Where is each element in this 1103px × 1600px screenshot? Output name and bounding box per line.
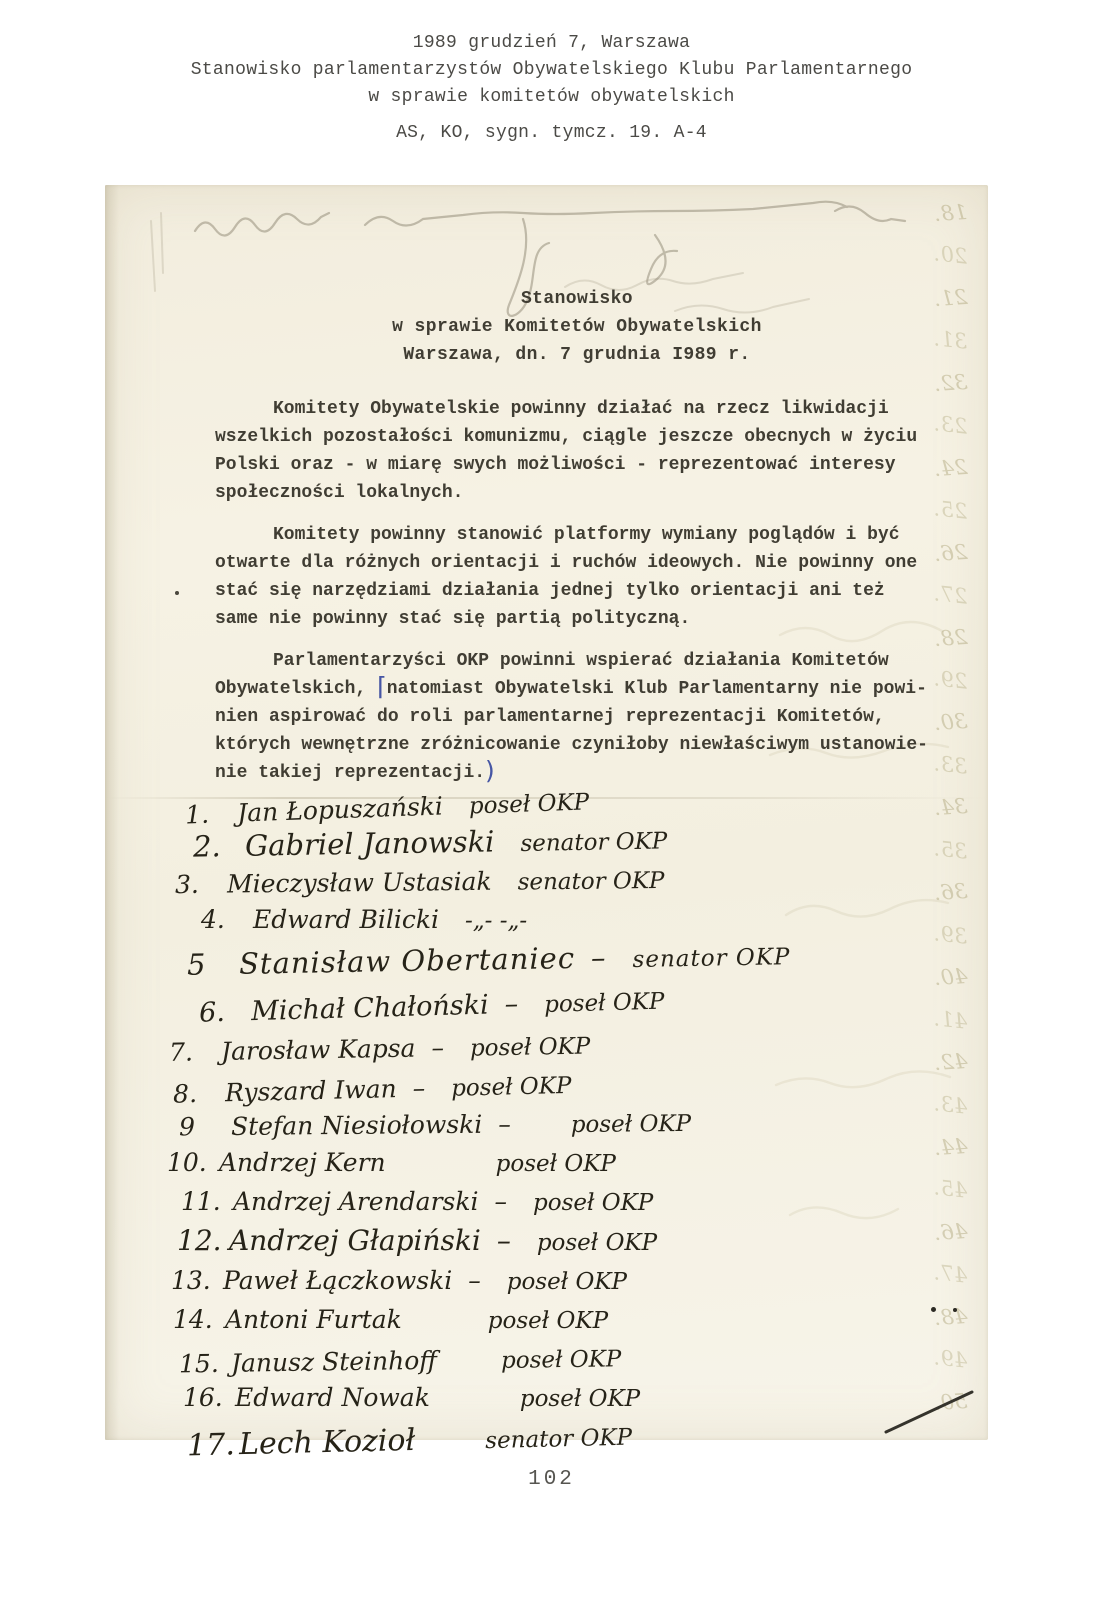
signature-separator: –: [497, 1224, 511, 1257]
signature-name: Stefan Niesiołowski: [231, 1108, 483, 1143]
signature-name: Edward Nowak: [235, 1381, 430, 1414]
signature-number: 14.: [173, 1303, 225, 1336]
typed-text: których wewnętrzne zróżnicowanie czyniło…: [215, 735, 928, 755]
signature-row: 4.Edward Bilicki-„- -„-: [201, 903, 957, 938]
archive-header-reference: AS, KO, sygn. tymcz. 19. A-4: [0, 120, 1103, 147]
signature-role: -„- -„-: [465, 905, 527, 938]
blue-annotation-bracket: ): [485, 756, 495, 785]
typed-line: same nie powinny stać się partią polityc…: [215, 605, 955, 633]
typed-text: natomiast Obywatelski Klub Parlamentarny…: [387, 679, 927, 699]
signature-role: poseł OKP: [451, 1070, 572, 1106]
bleedthrough-number: 18.: [934, 200, 969, 226]
signature-name: Andrzej Głapiński: [229, 1224, 481, 1257]
typed-line: Obywatelskich, ⌈natomiast Obywatelski Kl…: [215, 675, 955, 703]
signature-name: Janusz Steinhoff: [231, 1344, 437, 1380]
archive-header: 1989 grudzień 7, Warszawa Stanowisko par…: [0, 30, 1103, 147]
signature-name: Antoni Furtak: [225, 1303, 402, 1336]
signature-separator: –: [591, 941, 607, 974]
document-title-line: w sprawie Komitetów Obywatelskich: [215, 313, 939, 341]
signature-separator: –: [504, 988, 518, 1021]
signature-name: Paweł Łączkowski: [223, 1264, 452, 1297]
signature-row: 17.Lech Koziołsenator OKP: [187, 1411, 958, 1466]
signature-name: Michał Chałoński: [251, 989, 489, 1029]
typed-text: Komitety powinny stanowić platformy wymi…: [273, 525, 900, 545]
archive-header-date: 1989 grudzień 7, Warszawa: [0, 30, 1103, 57]
signature-number: 17.: [187, 1428, 240, 1462]
signature-number: 15.: [179, 1347, 231, 1381]
signature-role: senator OKP: [632, 941, 790, 977]
typed-line: Polski oraz - w miarę swych możliwości -…: [215, 451, 955, 479]
typed-line: społeczności lokalnych.: [215, 479, 955, 507]
signature-name: Edward Bilicki: [253, 903, 439, 936]
signature-separator: –: [498, 1108, 511, 1141]
signature-role: senator OKP: [485, 1422, 633, 1459]
document-body: Komitety Obywatelskie powinny działać na…: [215, 395, 955, 801]
margin-dot: [175, 591, 179, 595]
signature-number: 5: [187, 948, 240, 982]
page-number: 102: [0, 1468, 1103, 1491]
signature-role: senator OKP: [520, 825, 667, 861]
signature-row: 3.Mieczysław Ustasiaksenator OKP: [175, 860, 957, 903]
typed-text: otwarte dla różnych orientacji i ruchów …: [215, 553, 917, 573]
archive-header-subtitle: w sprawie komitetów obywatelskich: [0, 84, 1103, 111]
signature-number: 16.: [183, 1381, 235, 1414]
document-title: Stanowisko w sprawie Komitetów Obywatels…: [215, 285, 939, 369]
page: 1989 grudzień 7, Warszawa Stanowisko par…: [0, 0, 1103, 1600]
signature-role: poseł OKP: [533, 1187, 653, 1220]
bleedthrough-number: 20.: [933, 242, 969, 269]
signature-number: 10.: [167, 1146, 219, 1179]
typed-text: Polski oraz - w miarę swych możliwości -…: [215, 455, 896, 475]
signature-role: poseł OKP: [537, 1227, 657, 1260]
signature-row: 5Stanisław Obertaniec–senator OKP: [187, 935, 958, 984]
signature-name: Jan Łopuszański: [237, 789, 444, 829]
signature-separator: –: [431, 1031, 444, 1064]
typed-text: społeczności lokalnych.: [215, 483, 463, 503]
signature-number: 13.: [171, 1264, 223, 1297]
typed-text: Obywatelskich,: [215, 679, 377, 699]
signature-name: Jarosław Kapsa: [221, 1032, 416, 1068]
signature-role: poseł OKP: [496, 1148, 616, 1181]
signature-row: 15.Janusz Steinhoffposeł OKP: [179, 1337, 957, 1383]
ink-dot: [931, 1307, 936, 1312]
signature-role: poseł OKP: [488, 1305, 608, 1338]
signature-row: 10.Andrzej Kernposeł OKP: [167, 1146, 957, 1181]
signature-role: senator OKP: [517, 865, 664, 900]
signature-role: poseł OKP: [468, 786, 589, 823]
typed-line: Komitety powinny stanowić platformy wymi…: [215, 521, 955, 549]
typed-text: nien aspirować do roli parlamentarnej re…: [215, 707, 885, 727]
typed-line: wszelkich pozostałości komunizmu, ciągle…: [215, 423, 955, 451]
signature-list: 1.Jan Łopuszańskiposeł OKP2.Gabriel Jano…: [157, 785, 957, 1460]
typed-line: stać się narzędziami działania jednej ty…: [215, 577, 955, 605]
typed-line: nien aspirować do roli parlamentarnej re…: [215, 703, 955, 731]
signature-row: 11.Andrzej Arendarski–poseł OKP: [181, 1185, 957, 1220]
signature-number: 2.: [193, 830, 246, 864]
signature-row: 16.Edward Nowakposeł OKP: [183, 1381, 957, 1416]
blue-annotation-bracket: ⌈: [377, 672, 387, 701]
signature-role: poseł OKP: [507, 1266, 627, 1299]
document-title-line: Warszawa, dn. 7 grudnia I989 r.: [215, 341, 939, 369]
signature-row: 14.Antoni Furtakposeł OKP: [173, 1303, 957, 1338]
signature-row: 9Stefan Niesiołowski–poseł OKP: [179, 1104, 957, 1146]
signature-number: 12.: [177, 1224, 229, 1257]
signature-role: poseł OKP: [520, 1383, 640, 1416]
signature-number: 6.: [199, 995, 252, 1029]
signature-role: poseł OKP: [571, 1108, 692, 1142]
signature-number: 3.: [175, 868, 227, 902]
typed-text: nie takiej reprezentacji.: [215, 763, 485, 783]
typed-text: wszelkich pozostałości komunizmu, ciągle…: [215, 427, 917, 447]
signature-name: Mieczysław Ustasiak: [227, 865, 492, 901]
typed-text: stać się narzędziami działania jednej ty…: [215, 581, 885, 601]
typed-line: Parlamentarzyści OKP powinni wspierać dz…: [215, 647, 955, 675]
paragraph: Parlamentarzyści OKP powinni wspierać dz…: [215, 647, 955, 787]
paragraph: Komitety Obywatelskie powinny działać na…: [215, 395, 955, 507]
signature-name: Andrzej Arendarski: [233, 1185, 479, 1218]
archive-header-title: Stanowisko parlamentarzystów Obywatelski…: [0, 57, 1103, 84]
signature-name: Andrzej Kern: [219, 1146, 386, 1179]
signature-separator: –: [468, 1264, 481, 1297]
paragraph: Komitety powinny stanowić platformy wymi…: [215, 521, 955, 633]
signature-role: poseł OKP: [544, 986, 665, 1022]
typed-text: Parlamentarzyści OKP powinni wspierać dz…: [273, 651, 889, 671]
typed-text: Komitety Obywatelskie powinny działać na…: [273, 399, 889, 419]
document-title-line: Stanowisko: [215, 285, 939, 313]
signature-number: 4.: [201, 903, 253, 936]
signature-name: Stanisław Obertaniec: [239, 942, 576, 981]
signature-row: 12.Andrzej Głapiński–poseł OKP: [177, 1224, 957, 1260]
typed-line: których wewnętrzne zróżnicowanie czyniło…: [215, 731, 955, 759]
typed-line: otwarte dla różnych orientacji i ruchów …: [215, 549, 955, 577]
typed-text: same nie powinny stać się partią polityc…: [215, 609, 690, 629]
signature-number: 1.: [185, 797, 238, 832]
ink-dot: [953, 1308, 957, 1312]
signature-role: poseł OKP: [470, 1031, 591, 1066]
signature-separator: –: [412, 1071, 425, 1104]
signature-number: 11.: [181, 1185, 233, 1218]
signature-name: Gabriel Janowski: [245, 825, 495, 862]
signature-separator: –: [495, 1185, 508, 1218]
signature-role: poseł OKP: [501, 1343, 622, 1378]
typed-line: Komitety Obywatelskie powinny działać na…: [215, 395, 955, 423]
bleedthrough-number: 32.: [934, 370, 969, 396]
signature-number: 8.: [173, 1076, 226, 1110]
signature-row: 13.Paweł Łączkowski–poseł OKP: [171, 1264, 957, 1299]
signature-name: Lech Kozioł: [239, 1424, 416, 1461]
scanned-document: 18.20.21.31.32.23.24.25.26.27.28.29.30.3…: [105, 185, 988, 1440]
signature-name: Ryszard Iwan: [225, 1072, 397, 1109]
signature-number: 7.: [169, 1035, 222, 1069]
signature-number: 9: [179, 1110, 231, 1143]
